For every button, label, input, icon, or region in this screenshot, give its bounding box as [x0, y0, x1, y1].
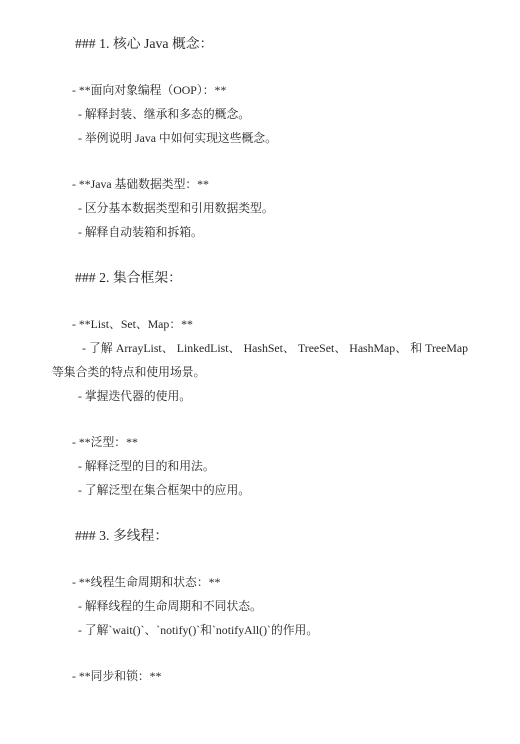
- blank-line: [52, 642, 468, 664]
- doc-line: - 解释自动装箱和拆箱。: [52, 220, 468, 244]
- blank-line: [52, 244, 468, 266]
- doc-heading-line: ### 1. 核心 Java 概念：: [52, 32, 468, 56]
- doc-line: - **同步和锁：**: [52, 664, 468, 688]
- document-page: ### 1. 核心 Java 概念：- **面向对象编程（OOP）：**- 解释…: [0, 0, 520, 744]
- doc-line: - 解释封装、继承和多态的概念。: [52, 102, 468, 126]
- blank-line: [52, 290, 468, 312]
- doc-line: - 解释线程的生命周期和不同状态。: [52, 594, 468, 618]
- doc-line: - **面向对象编程（OOP）：**: [52, 78, 468, 102]
- doc-line: 等集合类的特点和使用场景。: [52, 360, 468, 384]
- doc-line: - **Java 基础数据类型：**: [52, 172, 468, 196]
- doc-line: - 举例说明 Java 中如何实现这些概念。: [52, 126, 468, 150]
- doc-heading-line: ### 3. 多线程：: [52, 524, 468, 548]
- doc-line: - 了解 ArrayList、 LinkedList、 HashSet、 Tre…: [52, 336, 468, 360]
- blank-line: [52, 408, 468, 430]
- doc-line: - **线程生命周期和状态：**: [52, 570, 468, 594]
- doc-line: - **List、Set、Map：**: [52, 312, 468, 336]
- blank-line: [52, 56, 468, 78]
- doc-line: - 了解`wait()`、`notify()`和`notifyAll()`的作用…: [52, 618, 468, 642]
- doc-line: - **泛型：**: [52, 430, 468, 454]
- blank-line: [52, 150, 468, 172]
- doc-line: - 了解泛型在集合框架中的应用。: [52, 478, 468, 502]
- doc-line: - 区分基本数据类型和引用数据类型。: [52, 196, 468, 220]
- document-content: ### 1. 核心 Java 概念：- **面向对象编程（OOP）：**- 解释…: [52, 32, 468, 688]
- blank-line: [52, 502, 468, 524]
- doc-heading-line: ### 2. 集合框架：: [52, 266, 468, 290]
- blank-line: [52, 548, 468, 570]
- doc-line: - 掌握迭代器的使用。: [52, 384, 468, 408]
- doc-line: - 解释泛型的目的和用法。: [52, 454, 468, 478]
